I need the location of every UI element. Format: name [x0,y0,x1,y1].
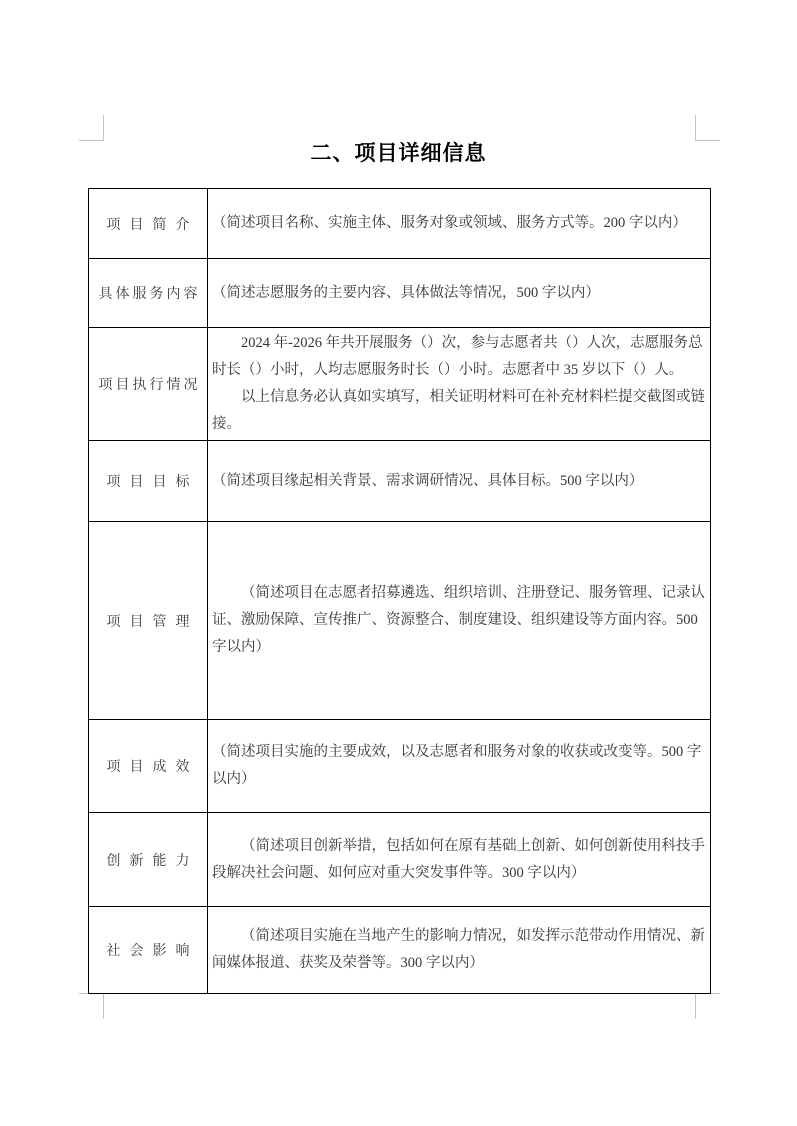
content-paragraph: 2024 年-2026 年共开展服务（）次，参与志愿者共（）人次，志愿服务总时长… [212,330,706,384]
content-paragraph: （简述项目创新举措，包括如何在原有基础上创新、如何创新使用科技手段解决社会问题、… [212,833,706,887]
row-label: 项目成效 [89,720,208,813]
table-row-innovation-ability: 创新能力 （简述项目创新举措，包括如何在原有基础上创新、如何创新使用科技手段解决… [89,813,711,907]
row-content: （简述项目缘起相关背景、需求调研情况、具体目标。500 字以内） [208,441,711,522]
row-label-text: 创新能力 [107,854,199,869]
table-row-project-intro: 项目简介 （简述项目名称、实施主体、服务对象或领域、服务方式等。200 字以内） [89,189,711,259]
row-content: （简述项目实施的主要成效，以及志愿者和服务对象的收获或改变等。500 字以内） [208,720,711,813]
row-content: （简述志愿服务的主要内容、具体做法等情况，500 字以内） [208,259,711,328]
content-paragraph: （简述项目在志愿者招募遴选、组织培训、注册登记、服务管理、记录认证、激励保障、宣… [212,580,706,661]
row-label: 项目目标 [89,441,208,522]
row-label: 项目简介 [89,189,208,259]
crop-mark-bottom-right [695,993,720,1019]
row-label: 项目执行情况 [89,328,208,441]
section-title: 二、项目详细信息 [0,137,797,167]
content-paragraph: （简述项目实施在当地产生的影响力情况，如发挥示范带动作用情况、新闻媒体报道、获奖… [212,923,706,977]
content-paragraph: （简述项目缘起相关背景、需求调研情况、具体目标。500 字以内） [212,468,706,495]
content-paragraph: （简述项目名称、实施主体、服务对象或领域、服务方式等。200 字以内） [212,210,706,237]
table-row-service-content: 具体服务内容 （简述志愿服务的主要内容、具体做法等情况，500 字以内） [89,259,711,328]
row-content: 2024 年-2026 年共开展服务（）次，参与志愿者共（）人次，志愿服务总时长… [208,328,711,441]
row-label-text: 项目执行情况 [99,378,201,393]
content-paragraph: （简述项目实施的主要成效，以及志愿者和服务对象的收获或改变等。500 字以内） [212,739,706,793]
row-content: （简述项目创新举措，包括如何在原有基础上创新、如何创新使用科技手段解决社会问题、… [208,813,711,907]
row-label: 具体服务内容 [89,259,208,328]
crop-mark-bottom-left [79,993,104,1019]
row-label: 项目管理 [89,522,208,720]
row-content: （简述项目在志愿者招募遴选、组织培训、注册登记、服务管理、记录认证、激励保障、宣… [208,522,711,720]
row-label-text: 社会影响 [107,944,199,959]
table-row-social-impact: 社会影响 （简述项目实施在当地产生的影响力情况，如发挥示范带动作用情况、新闻媒体… [89,907,711,994]
content-paragraph: 以上信息务必认真如实填写，相关证明材料可在补充材料栏提交截图或链接。 [212,384,706,438]
row-label: 创新能力 [89,813,208,907]
row-label-text: 项目简介 [107,218,199,233]
table-row-project-results: 项目成效 （简述项目实施的主要成效，以及志愿者和服务对象的收获或改变等。500 … [89,720,711,813]
table-row-project-management: 项目管理 （简述项目在志愿者招募遴选、组织培训、注册登记、服务管理、记录认证、激… [89,522,711,720]
row-content: （简述项目名称、实施主体、服务对象或领域、服务方式等。200 字以内） [208,189,711,259]
row-label-text: 具体服务内容 [99,287,201,302]
content-paragraph: （简述志愿服务的主要内容、具体做法等情况，500 字以内） [212,280,706,307]
document-page: 二、项目详细信息 项目简介 （简述项目名称、实施主体、服务对象或领域、服务方式等… [0,0,797,1126]
row-label-text: 项目管理 [107,615,199,630]
project-details-table: 项目简介 （简述项目名称、实施主体、服务对象或领域、服务方式等。200 字以内）… [88,188,711,994]
row-content: （简述项目实施在当地产生的影响力情况，如发挥示范带动作用情况、新闻媒体报道、获奖… [208,907,711,994]
table-row-project-goals: 项目目标 （简述项目缘起相关背景、需求调研情况、具体目标。500 字以内） [89,441,711,522]
row-label-text: 项目成效 [107,760,199,775]
row-label: 社会影响 [89,907,208,994]
row-label-text: 项目目标 [107,475,199,490]
table-row-execution-status: 项目执行情况 2024 年-2026 年共开展服务（）次，参与志愿者共（）人次，… [89,328,711,441]
